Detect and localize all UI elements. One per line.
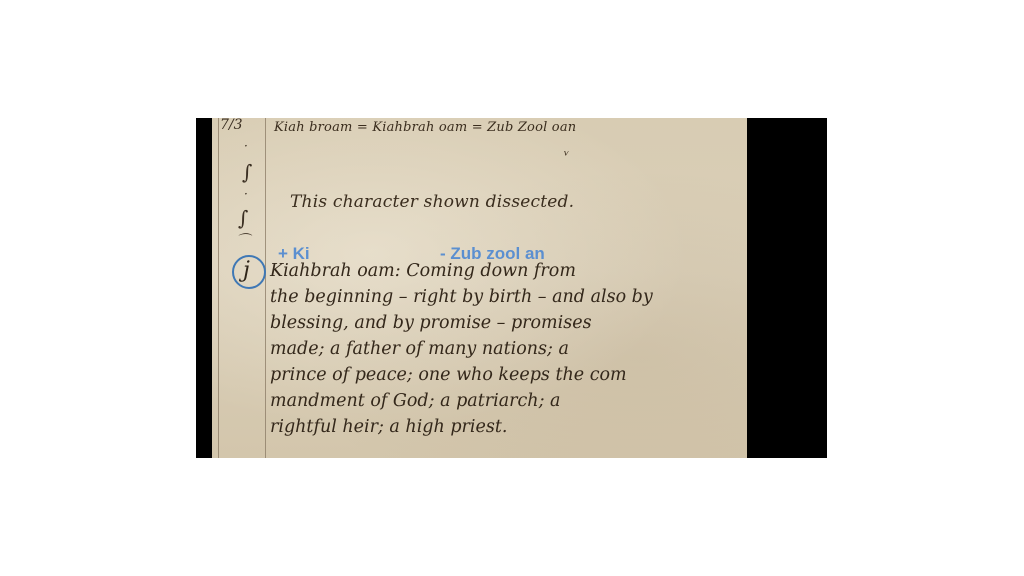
margin-number: 7/3: [220, 118, 243, 132]
margin-mark-long-s: ∫: [242, 162, 252, 182]
manuscript-page: 7/3 · ∫ · ∫ ⌒ j Kiah broam = Kiahbrah oa…: [212, 118, 747, 458]
manuscript-image-frame: 7/3 · ∫ · ∫ ⌒ j Kiah broam = Kiahbrah oa…: [196, 118, 827, 458]
handwritten-line: mandment of God; a patriarch; a: [270, 388, 740, 414]
check-mark: ᵛ: [564, 148, 569, 164]
handwritten-body: Kiahbrah oam: Coming down from the begin…: [270, 258, 740, 440]
margin-dot: ·: [244, 140, 248, 152]
handwritten-line: prince of peace; one who keeps the com: [270, 362, 740, 388]
handwritten-line: blessing, and by promise – promises: [270, 310, 740, 336]
handwritten-line: Kiahbrah oam: Coming down from: [270, 258, 740, 284]
slide: 7/3 · ∫ · ∫ ⌒ j Kiah broam = Kiahbrah oa…: [0, 0, 1024, 576]
handwritten-line: rightful heir; a high priest.: [270, 414, 740, 440]
handwritten-line: the beginning – right by birth – and als…: [270, 284, 740, 310]
handwritten-caption: This character shown dissected.: [290, 192, 574, 212]
margin-rule-right: [265, 118, 266, 458]
margin-rule-left: [218, 118, 219, 458]
handwritten-line: made; a father of many nations; a: [270, 336, 740, 362]
handwritten-top-line: Kiah broam = Kiahbrah oam = Zub Zool oan: [274, 120, 576, 135]
margin-dot: ·: [244, 188, 248, 200]
circled-character: j: [243, 258, 250, 283]
margin-arc: ⌒: [236, 234, 250, 248]
margin-mark-long-s: ∫: [238, 208, 248, 228]
